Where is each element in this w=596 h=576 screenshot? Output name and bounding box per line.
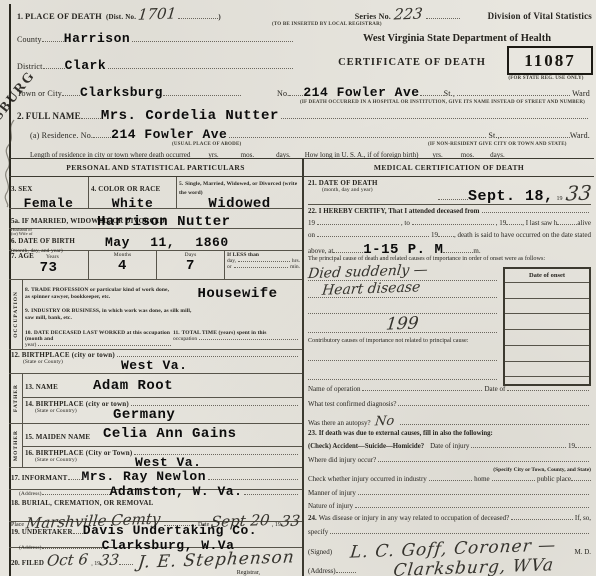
medical-certification-column: 21.DATE OF DEATH (month, day and year) S… <box>304 177 594 576</box>
blank-line <box>108 66 293 69</box>
field-9-number: 9. <box>25 308 29 314</box>
district-no-value: 1701 <box>137 4 177 23</box>
county-row: County Harrison <box>17 31 295 46</box>
street-no-value: 214 Fowler Ave <box>303 85 419 100</box>
registration-number-box: 11087 <box>507 46 593 75</box>
blank-line <box>73 531 83 534</box>
blank-line <box>378 459 589 462</box>
certificate-title: CERTIFICATE OF DEATH <box>322 57 502 68</box>
field-5-number: 5. <box>179 181 183 187</box>
field-19-number: 19. <box>11 528 20 536</box>
principal-cause-label: The principal cause of death and related… <box>308 255 591 262</box>
industry-label: INDUSTRY OR BUSINESS, in which work was … <box>25 308 191 321</box>
blank-line <box>238 259 290 262</box>
field-4-number: 4. <box>91 185 96 193</box>
field-3-number: 3. <box>11 185 16 193</box>
field-8-number: 8. <box>25 287 29 293</box>
external-causes-row: 23.If death was due to external causes, … <box>308 429 591 442</box>
onset-blank-row <box>505 283 589 299</box>
street-no-label: No. <box>277 89 289 98</box>
field-20-number: 20. <box>11 559 20 567</box>
age-months-value: 4 <box>91 258 154 274</box>
trade-value: Housewife <box>175 286 300 302</box>
st-label: St., <box>444 89 455 98</box>
blank-line <box>492 478 535 481</box>
header-line-1: 1. PLACE OF DEATH (Dist. No. 1701 ) Seri… <box>17 5 592 23</box>
date-of-injury-label: Date of injury <box>430 442 469 450</box>
onset-blank-row <box>505 362 589 378</box>
ward-label: Ward <box>572 89 590 98</box>
blank-line <box>317 222 399 225</box>
blank-line <box>68 477 82 480</box>
blank-line <box>199 337 298 340</box>
undertaker-row: 19.UNDERTAKERDavis Undertaking Co. (Addr… <box>9 522 302 548</box>
date-of-death-label: DATE OF DEATH <box>319 179 378 187</box>
blank-line <box>308 344 497 361</box>
last-worked-total-time-row: 10.DATE DECEASED LAST WORKED at this occ… <box>23 329 302 349</box>
age-row: 7.AGEYears 73 Months 4 Days 7 If LESS th… <box>9 251 302 281</box>
autopsy-value: No <box>374 413 395 429</box>
blank-line <box>281 116 588 119</box>
date-of-onset-header: Date of onset <box>505 269 589 283</box>
blank-line <box>163 93 241 96</box>
blank-line <box>511 517 573 520</box>
occupation-relation-row: 24.Was disease or injury in any way rela… <box>308 514 591 528</box>
blank-line <box>43 66 65 69</box>
county-value: Harrison <box>64 31 130 46</box>
nonresident-note: (IF NON-RESIDENT GIVE CITY OR TOWN AND S… <box>428 142 567 147</box>
undertaker-label: UNDERTAKER <box>22 528 73 536</box>
blank-line <box>317 234 429 237</box>
blank-line <box>575 445 591 448</box>
birthplace-value: West Va. <box>121 358 187 373</box>
blank-line <box>178 16 218 19</box>
residence-value: 214 Fowler Ave <box>111 127 227 142</box>
field-13-number: 13. <box>25 383 34 391</box>
father-name-label: NAME <box>36 383 58 391</box>
blank-line <box>234 265 288 268</box>
blank-line <box>208 477 298 480</box>
blank-line <box>400 422 589 425</box>
date-of-onset-box: Date of onset <box>503 267 591 386</box>
sex-race-marital-row: 3.SEX Female 4.COLOR OR RACE White 5.Sin… <box>9 177 302 209</box>
blank-line <box>557 222 577 225</box>
blank-line <box>506 222 522 225</box>
occupation-side-label: OCCUPATION <box>9 280 23 349</box>
filed-date-value: Oct 6 <box>46 550 89 570</box>
informant-label: INFORMANT <box>22 474 68 482</box>
field-12-number: 12. <box>11 351 20 359</box>
manner-of-injury-row: Manner of injury <box>308 489 591 502</box>
section-header-band: PERSONAL AND STATISTICAL PARTICULARS MED… <box>9 158 594 177</box>
test-row: What test confirmed diagnosis? <box>308 400 591 414</box>
cause-of-death-line2: Heart disease <box>321 279 421 299</box>
district-row: District Clark <box>17 58 295 73</box>
onset-blank-row <box>505 314 589 330</box>
field-24-number: 24. <box>308 514 317 522</box>
birthplace-row: 12.BIRTHPLACE (city or town) (State or C… <box>9 350 302 374</box>
trade-profession-field: 8.TRADE PROFESSION or particular kind of… <box>23 280 302 307</box>
personal-particulars-column: 3.SEX Female 4.COLOR OR RACE White 5.Sin… <box>9 177 304 576</box>
contributory-label: Contributory causes of importance not re… <box>308 337 497 344</box>
blank-line <box>42 39 64 42</box>
field-22-number: 22. <box>308 207 317 215</box>
district-label: District <box>17 62 43 71</box>
race-field: 4.COLOR OR RACE White <box>89 177 177 208</box>
total-time-field: 11.TOTAL TIME (years) spent in this occu… <box>173 330 300 348</box>
nature-of-injury-row: Nature of injury <box>308 502 591 515</box>
blank-line <box>308 361 497 380</box>
informant-value: Mrs. Ray Newlon <box>82 469 207 484</box>
burial-label: BURIAL, CREMATION, OR REMOVAL <box>22 499 154 507</box>
father-birthplace-value: Germany <box>113 407 175 423</box>
burial-row: 18.BURIAL, CREMATION, OR REMOVAL Place M… <box>9 490 302 522</box>
age-less-than-day-field: If LESS than day,hrs. ormin. <box>225 251 302 280</box>
home-label: home <box>474 475 490 483</box>
residence-st-label: St., <box>488 131 499 140</box>
field-18-number: 18. <box>11 499 20 507</box>
field-17-number: 17. <box>11 474 20 482</box>
death-certificate-scan: SBURG 1. PLACE OF DEATH (Dist. No. 1701 … <box>0 0 596 576</box>
state-reg-note: (FOR STATE REG. USE ONLY) <box>498 76 594 81</box>
blank-line <box>132 39 293 42</box>
last-worked-field: 10.DATE DECEASED LAST WORKED at this occ… <box>25 330 173 348</box>
birthplace-label: BIRTHPLACE (city or town) <box>22 351 115 359</box>
blank-line <box>229 135 486 138</box>
county-label: County <box>17 35 42 44</box>
trade-label: TRADE PROFESSION or particular kind of w… <box>25 287 169 300</box>
residence-ward-label: Ward. <box>570 131 590 140</box>
date-of-death-row: 21.DATE OF DEATH (month, day and year) S… <box>308 177 591 206</box>
blank-line <box>355 505 589 508</box>
personal-particulars-header: PERSONAL AND STATISTICAL PARTICULARS <box>9 159 304 176</box>
abode-note: (USUAL PLACE OF ABODE) <box>172 142 241 147</box>
mother-birthplace-field: 16.BIRTHPLACE (City or Town) (State or C… <box>23 447 302 467</box>
hospital-note: (IF DEATH OCCURRED IN A HOSPITAL OR INST… <box>300 100 592 105</box>
district-no-label: (Dist. No. <box>106 13 136 21</box>
filed-year-value: 33 <box>99 551 120 570</box>
cause-of-death-area: Date of onset Died suddenly — Heart dise… <box>308 262 591 385</box>
onset-blank-row <box>505 377 589 392</box>
blank-line <box>38 343 171 346</box>
blank-line <box>438 197 468 200</box>
where-injury-row: Where did injury occur? <box>308 456 591 467</box>
accident-check-row: (Check) Accident—Suicide—Homicide?Date o… <box>308 442 591 457</box>
series-no-label: Series No. <box>355 12 391 21</box>
dob-value: May 11, 1860 <box>105 235 229 250</box>
blank-line <box>571 478 591 481</box>
blank-line <box>362 388 482 391</box>
blank-line <box>457 93 570 96</box>
cause-code-value: 199 <box>385 313 420 334</box>
town-or-city-label: Town or City <box>17 89 62 98</box>
field-6-number: 6. <box>11 237 16 245</box>
full-name-row: 2. FULL NAME Mrs. Cordelia Nutter <box>17 108 590 124</box>
married-to-value: Harrison Nutter <box>97 214 231 230</box>
onset-blank-row <box>505 346 589 362</box>
age-years-value: 73 <box>11 260 86 276</box>
blank-line <box>412 222 494 225</box>
autopsy-row: Was there an autopsy?No <box>308 414 591 429</box>
mother-name-value: Celia Ann Gains <box>103 426 237 442</box>
medical-certification-header: MEDICAL CERTIFICATION OF DEATH <box>304 159 594 176</box>
father-birthplace-field: 14.BIRTHPLACE (city or town) (State or C… <box>23 398 302 423</box>
age-months-field: Months 4 <box>89 251 157 280</box>
form-body: 3.SEX Female 4.COLOR OR RACE White 5.Sin… <box>9 177 594 576</box>
blank-line <box>62 93 80 96</box>
field-16-number: 16. <box>25 449 34 457</box>
blank-line <box>438 234 454 237</box>
full-name-label: FULL NAME <box>26 111 81 121</box>
inserted-by-registrar-note: (TO BE INSERTED BY LOCAL REGISTRAR) <box>272 22 382 27</box>
blank-line <box>500 135 570 138</box>
blank-line <box>289 93 303 96</box>
dod-year-prefix: 19 <box>557 196 563 202</box>
blank-line <box>333 250 363 253</box>
blank-line <box>482 210 589 213</box>
age-label: AGE <box>18 252 34 260</box>
blank-line <box>426 16 460 19</box>
father-name-value: Adam Root <box>93 378 173 394</box>
field-2-number: 2. <box>17 111 24 121</box>
blank-line <box>443 250 473 253</box>
marital-field: 5.Single, Married, Widowed, or Divorced … <box>177 177 302 208</box>
if-so-label: If, so, <box>575 514 591 522</box>
blank-line <box>131 403 298 406</box>
dod-year-value: 33 <box>564 180 592 205</box>
field-14-number: 14. <box>25 400 34 408</box>
mother-side-label: MOTHER <box>9 424 23 467</box>
blank-line <box>420 93 444 96</box>
department-title: West Virginia State Department of Health <box>326 33 588 44</box>
race-label: COLOR OR RACE <box>98 185 160 193</box>
residence-row: (a) Residence. No. 214 Fowler Ave St., W… <box>30 127 590 142</box>
onset-blank-row <box>505 330 589 346</box>
field-7-number: 7. <box>11 252 16 260</box>
blank-line <box>336 570 356 573</box>
blank-line <box>117 354 298 357</box>
signed-address-label: (Address) <box>308 567 336 575</box>
maiden-name-label: MAIDEN NAME <box>36 433 91 441</box>
informant-row: 17.INFORMANTMrs. Ray Newlon (Address)Ada… <box>9 468 302 490</box>
filed-row: 20. FILED Oct 6 , 19 33 J. E. Stephenson… <box>9 548 302 576</box>
residence-label: (a) Residence. No. <box>30 131 93 140</box>
town-row: Town or City Clarksburg No. 214 Fowler A… <box>17 85 590 100</box>
injury-location-row: Check whether injury occurred in industr… <box>308 475 591 489</box>
district-value: Clark <box>65 58 107 73</box>
age-days-value: 7 <box>159 258 222 274</box>
field-23-number: 23. <box>308 429 317 437</box>
division-label: Division of Vital Statistics <box>488 11 592 21</box>
onset-blank-row <box>505 299 589 315</box>
age-days-field: Days 7 <box>157 251 225 280</box>
industry-field: 9.INDUSTRY OR BUSINESS, in which work wa… <box>23 307 302 329</box>
public-place-label: public place <box>537 475 571 483</box>
place-of-death-label: PLACE OF DEATH <box>25 11 102 21</box>
operation-date-label: Date of <box>484 385 505 393</box>
paren-close: ) <box>218 13 221 21</box>
town-or-city-value: Clarksburg <box>80 85 163 100</box>
sex-label: SEX <box>18 185 32 193</box>
series-no-value: 223 <box>393 4 424 23</box>
date-of-birth-row: 6.DATE OF BIRTH (month, day, and year) M… <box>9 229 302 251</box>
field-1-number: 1. <box>17 12 23 21</box>
certify-block: 22.I HEREBY CERTIFY, That I attended dec… <box>308 205 591 255</box>
marital-label: Single, Married, Widowed, or Divorced (w… <box>179 181 297 196</box>
signed-label: (Signed) <box>308 548 332 556</box>
age-years-field: 7.AGEYears 73 <box>9 251 89 280</box>
blank-line <box>358 492 589 495</box>
blank-line <box>81 116 101 119</box>
full-name-value: Mrs. Cordelia Nutter <box>101 108 279 124</box>
field-21-number: 21. <box>308 179 317 187</box>
blank-line <box>308 298 497 314</box>
field-5a-number: 5a. <box>11 217 20 225</box>
undertaker-value: Davis Undertaking Co. <box>83 523 257 538</box>
date-of-death-value: Sept. 18, <box>468 188 554 205</box>
specify-city-note: (Specify City or Town, County, and State… <box>308 467 591 475</box>
father-name-field: 13.NAME Adam Root <box>23 374 302 398</box>
blank-line <box>429 478 472 481</box>
mother-name-field: 15.MAIDEN NAME Celia Ann Gains <box>23 424 302 447</box>
injury-19-label: 19 <box>568 442 575 450</box>
blank-line <box>93 135 111 138</box>
mother-group: MOTHER 15.MAIDEN NAME Celia Ann Gains 16… <box>9 424 302 468</box>
blank-line <box>119 562 133 565</box>
married-to-row: 5a.IF MARRIED, WIDOWED, OR DIVORCED Husb… <box>9 209 302 229</box>
blank-line <box>330 531 589 534</box>
blank-line <box>398 403 589 406</box>
filed-label: FILED <box>22 559 44 567</box>
occupation-group: OCCUPATION 8.TRADE PROFESSION or particu… <box>9 280 302 350</box>
dob-label: DATE OF BIRTH <box>18 237 75 245</box>
field-15-number: 15. <box>25 433 34 441</box>
sex-field: 3.SEX Female <box>9 177 89 208</box>
father-group: FATHER 13.NAME Adam Root 14.BIRTHPLACE (… <box>9 374 302 424</box>
father-side-label: FATHER <box>9 374 23 423</box>
blank-line <box>471 445 566 448</box>
